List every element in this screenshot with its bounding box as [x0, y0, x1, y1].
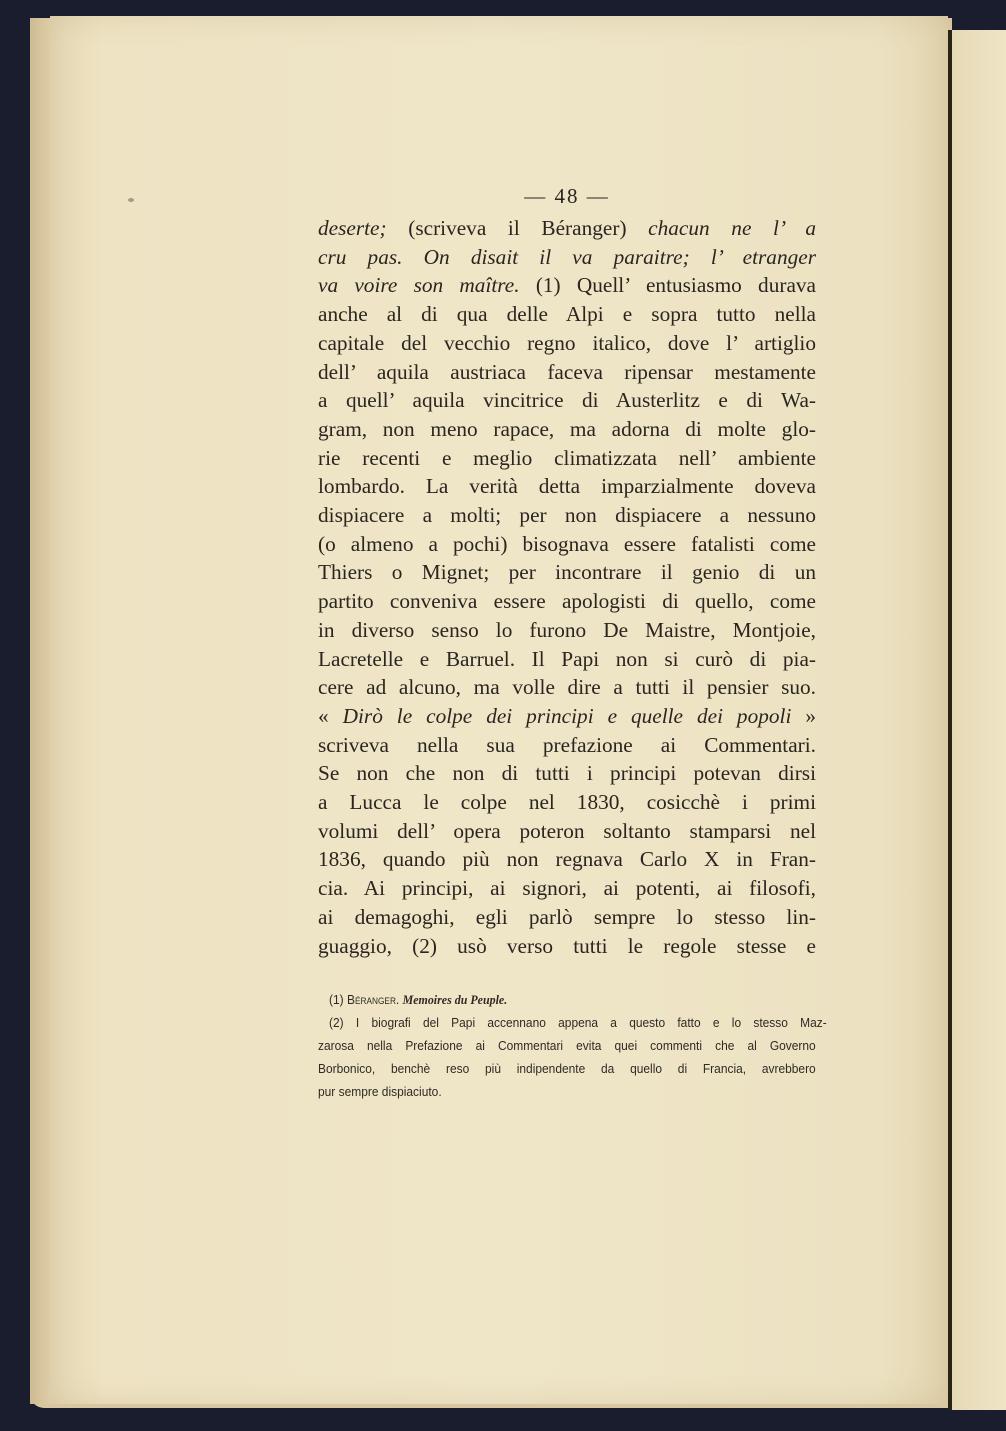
roman-span: Thiers o Mignet; per incontrare il genio…: [318, 560, 816, 584]
roman-span: rie recenti e meglio climatizzata nell’ …: [318, 446, 816, 470]
text-line: cru pas. On disait il va paraitre; l’ et…: [318, 243, 816, 272]
roman-span: partito conveniva essere apologisti di q…: [318, 589, 816, 613]
italic-span: va voire son maître.: [318, 273, 520, 297]
text-line: Thiers o Mignet; per incontrare il genio…: [318, 558, 816, 587]
text-line: capitale del vecchio regno italico, dove…: [318, 329, 816, 358]
body-text: deserte; (scriveva il Béranger) chacun n…: [318, 214, 816, 960]
text-line: in diverso senso lo furono De Maistre, M…: [318, 616, 816, 645]
page-number: — 48 —: [318, 178, 816, 214]
text-line: va voire son maître. (1) Quell’ entusias…: [318, 271, 816, 300]
footnote-2-line: pur sempre dispiaciuto.: [318, 1080, 816, 1103]
text-line: scriveva nella sua prefazione ai Comment…: [318, 731, 816, 760]
text-line: « Dirò le colpe dei principi e quelle de…: [318, 702, 816, 731]
roman-span: (scriveva il Béranger): [387, 216, 649, 240]
facing-page-edge: [952, 30, 1006, 1410]
footnote-2-line: zarosa nella Prefazione ai Commentari ev…: [318, 1034, 816, 1057]
footnotes: (1) Béranger. Memoires du Peuple. (2) I …: [318, 988, 816, 1103]
roman-span: gram, non meno rapace, ma adorna di molt…: [318, 417, 816, 441]
roman-span: guaggio, (2) usò verso tutti le regole s…: [318, 934, 816, 958]
main-text-block: — 48 — deserte; (scriveva il Béranger) c…: [318, 178, 816, 960]
footnote-1: (1) Béranger. Memoires du Peuple.: [318, 988, 827, 1011]
roman-span: cere ad alcuno, ma volle dire a tutti il…: [318, 675, 816, 699]
roman-span: a quell’ aquila vincitrice di Austerlitz…: [318, 388, 816, 412]
text-line: cere ad alcuno, ma volle dire a tutti il…: [318, 673, 816, 702]
text-line: 1836, quando più non regnava Carlo X in …: [318, 845, 816, 874]
text-line: guaggio, (2) usò verso tutti le regole s…: [318, 932, 816, 961]
footnote-1-author: Béranger.: [347, 992, 399, 1007]
text-line: deserte; (scriveva il Béranger) chacun n…: [318, 214, 816, 243]
text-line: dispiacere a molti; per non dispiacere a…: [318, 501, 816, 530]
text-line: Lacretelle e Barruel. Il Papi non si cur…: [318, 645, 816, 674]
roman-span: «: [318, 704, 343, 728]
roman-span: a Lucca le colpe nel 1830, cosicchè i pr…: [318, 790, 816, 814]
footnote-2-line: (2) I biografi del Papi accennano appena…: [318, 1011, 827, 1034]
roman-span: dell’ aquila austriaca faceva ripensar m…: [318, 360, 816, 384]
footnote-1-title: Memoires du Peuple.: [403, 992, 508, 1007]
text-line: anche al di qua delle Alpi e sopra tutto…: [318, 300, 816, 329]
text-line: a quell’ aquila vincitrice di Austerlitz…: [318, 386, 816, 415]
roman-span: lombardo. La verità detta imparzialmente…: [318, 474, 816, 498]
text-line: volumi dell’ opera poteron soltanto stam…: [318, 817, 816, 846]
roman-span: Lacretelle e Barruel. Il Papi non si cur…: [318, 647, 816, 671]
roman-span: 1836, quando più non regnava Carlo X in …: [318, 847, 816, 871]
page-edge: [30, 18, 51, 1404]
text-line: lombardo. La verità detta imparzialmente…: [318, 472, 816, 501]
paper-speck: [128, 198, 134, 202]
roman-span: scriveva nella sua prefazione ai Comment…: [318, 733, 816, 757]
text-line: Se non che non di tutti i principi potev…: [318, 759, 816, 788]
roman-span: »: [791, 704, 816, 728]
roman-span: in diverso senso lo furono De Maistre, M…: [318, 618, 816, 642]
roman-span: ai demagoghi, egli parlò sempre lo stess…: [318, 905, 816, 929]
italic-span: cru pas. On disait il va paraitre; l’ et…: [318, 245, 816, 269]
roman-span: Se non che non di tutti i principi potev…: [318, 761, 816, 785]
roman-span: dispiacere a molti; per non dispiacere a…: [318, 503, 816, 527]
italic-span: deserte;: [318, 216, 387, 240]
italic-span: Dirò le colpe dei principi e quelle dei …: [343, 704, 792, 728]
text-line: a Lucca le colpe nel 1830, cosicchè i pr…: [318, 788, 816, 817]
text-line: gram, non meno rapace, ma adorna di molt…: [318, 415, 816, 444]
roman-span: volumi dell’ opera poteron soltanto stam…: [318, 819, 816, 843]
roman-span: cia. Ai principi, ai signori, ai potenti…: [318, 876, 816, 900]
roman-span: anche al di qua delle Alpi e sopra tutto…: [318, 302, 816, 326]
italic-span: chacun ne l’ a: [648, 216, 816, 240]
footnote-1-number: (1): [329, 992, 344, 1007]
text-line: rie recenti e meglio climatizzata nell’ …: [318, 444, 816, 473]
text-line: ai demagoghi, egli parlò sempre lo stess…: [318, 903, 816, 932]
roman-span: capitale del vecchio regno italico, dove…: [318, 331, 816, 355]
text-line: cia. Ai principi, ai signori, ai potenti…: [318, 874, 816, 903]
footnote-2-line: Borbonico, benchè reso più indipendente …: [318, 1057, 816, 1080]
text-line: dell’ aquila austriaca faceva ripensar m…: [318, 358, 816, 387]
text-line: partito conveniva essere apologisti di q…: [318, 587, 816, 616]
text-line: (o almeno a pochi) bisognava essere fata…: [318, 530, 816, 559]
roman-span: (o almeno a pochi) bisognava essere fata…: [318, 532, 816, 556]
roman-span: (1) Quell’ entusiasmo durava: [520, 273, 816, 297]
